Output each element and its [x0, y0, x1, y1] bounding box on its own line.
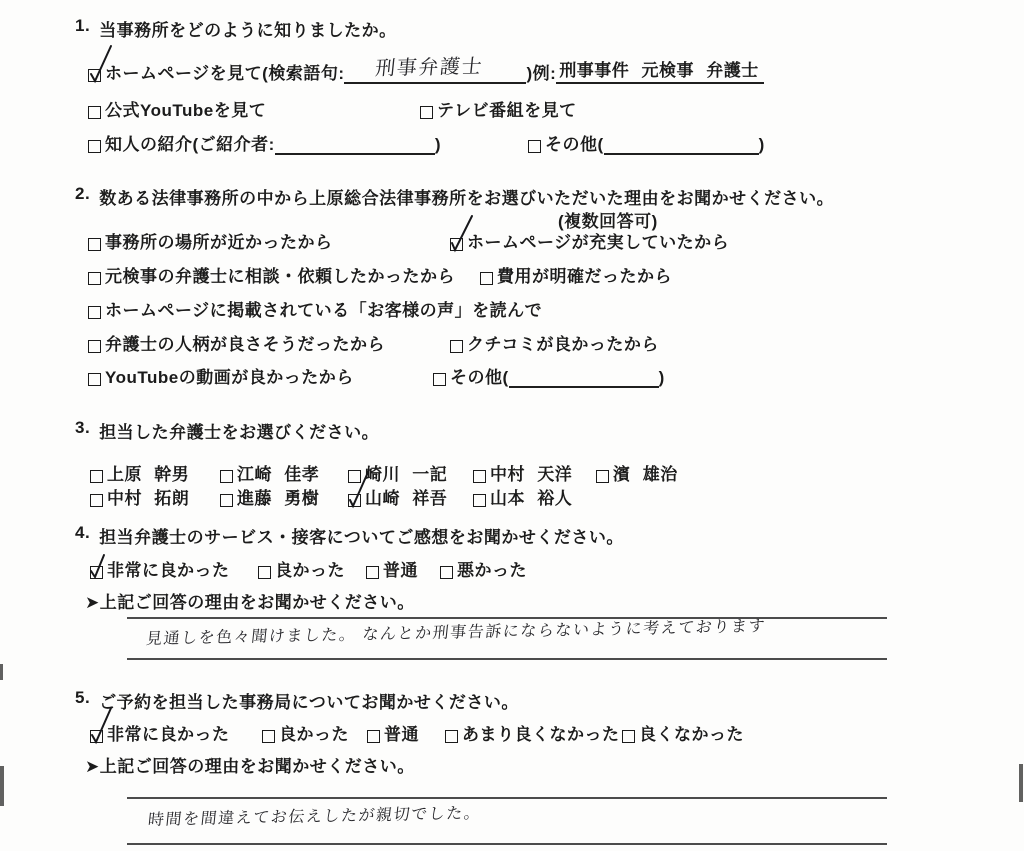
lawyer-uehara-mikio: 上原 幹男 [90, 460, 189, 485]
rating-q4-good: 良かった [258, 556, 345, 581]
checkbox-homepage[interactable] [88, 69, 101, 82]
scan-artifact [0, 664, 3, 680]
checkbox-q4-bad[interactable] [440, 566, 453, 579]
option-label: その他( [450, 363, 509, 388]
option-homepage: ホームページを見て(検索語句: 刑事弁護士 )例: 刑事事件 元検事 弁護士 [88, 56, 764, 84]
rating-q5-good: 良かった [262, 720, 349, 745]
rating-label: 普通 [383, 556, 418, 581]
option-label: ホームページを見て(検索語句: [105, 59, 344, 84]
rating-q4-very-good: 非常に良かった [90, 556, 230, 581]
checkbox-lawyer-shindo-yuki[interactable] [220, 494, 233, 507]
option-label: その他( [545, 130, 604, 155]
checkbox-q2-other[interactable] [433, 373, 446, 386]
option-label: テレビ番組を見て [437, 96, 577, 121]
option-q2-other: その他( ) [433, 363, 665, 388]
option-clear-fees: 費用が明確だったから [480, 262, 672, 287]
search-term-blank[interactable]: 刑事弁護士 [344, 66, 526, 84]
handwritten-check-icon [445, 212, 479, 254]
rating-label: 非常に良かった [107, 556, 230, 581]
handwritten-check-icon [83, 43, 117, 85]
rating-label: 普通 [384, 720, 419, 745]
question-text: 数ある法律事務所の中から上原総合法律事務所をお選びいただいた理由をお聞かせくださ… [99, 184, 834, 209]
handwritten-q5-answer: 時間を間違えてお伝えしたが親切でした。 [147, 800, 483, 830]
checkbox-lawyer-uehara-mikio[interactable] [90, 470, 103, 483]
question-3-title: 3. 担当した弁護士をお選びください。 [75, 418, 379, 443]
question-number: 1. [75, 16, 90, 41]
question-2-title: 2. 数ある法律事務所の中から上原総合法律事務所をお選びいただいた理由をお聞かせ… [75, 184, 834, 209]
rating-label: 悪かった [457, 556, 527, 581]
example-keywords: 刑事事件 元検事 弁護士 [556, 56, 763, 84]
checkbox-q5-good[interactable] [262, 730, 275, 743]
question-text: 担当した弁護士をお選びください。 [99, 418, 379, 443]
checkbox-q4-good[interactable] [258, 566, 271, 579]
lawyer-ezaki-yoshitaka: 江崎 佳孝 [220, 460, 319, 485]
lawyer-name: 山本 裕人 [490, 484, 572, 509]
checkbox-lawyer-nakamura-takuro[interactable] [90, 494, 103, 507]
checkbox-q1-other[interactable] [528, 140, 541, 153]
question-text: ご予約を担当した事務局についてお聞かせください。 [99, 688, 519, 713]
checkbox-q5-normal[interactable] [367, 730, 380, 743]
lawyer-name: 中村 拓朗 [107, 484, 189, 509]
checkbox-clear-fees[interactable] [480, 272, 493, 285]
lawyer-hama-yuji: 濱 雄治 [596, 460, 678, 485]
option-word-of-mouth: クチコミが良かったから [450, 330, 659, 355]
checkbox-q5-not-so-good[interactable] [445, 730, 458, 743]
rating-q4-bad: 悪かった [440, 556, 527, 581]
q4-reason-prompt: ➤上記ご回答の理由をお聞かせください。 [85, 588, 415, 613]
lawyer-name: 濱 雄治 [613, 460, 678, 485]
rating-q4-normal: 普通 [366, 556, 418, 581]
answer-area-bottom-line [127, 843, 887, 845]
handwritten-search-term: 刑事弁護士 [374, 50, 485, 81]
checkbox-lawyer-yamazaki-shogo[interactable] [348, 494, 361, 507]
question-text: 当事務所をどのように知りましたか。 [99, 16, 397, 41]
option-label: 知人の紹介(ご紹介者: [105, 130, 275, 155]
q5-answer-area[interactable]: 時間を間違えてお伝えしたが親切でした。 [127, 801, 887, 839]
question-number: 2. [75, 184, 90, 209]
handwritten-check-icon [85, 704, 119, 746]
option-lawyer-character: 弁護士の人柄が良さそうだったから [88, 330, 385, 355]
question-number: 3. [75, 418, 90, 443]
rating-q5-very-good: 非常に良かった [90, 720, 230, 745]
option-customer-voices: ホームページに掲載されている「お客様の声」を読んで [88, 296, 542, 321]
option-label: クチコミが良かったから [467, 330, 659, 355]
rating-q5-not-good: 良くなかった [622, 720, 744, 745]
question-4-title: 4. 担当弁護士のサービス・接客についてご感想をお聞かせください。 [75, 523, 624, 548]
checkbox-referral[interactable] [88, 140, 101, 153]
scan-artifact [1019, 764, 1023, 802]
other-text-blank[interactable] [509, 370, 659, 388]
other-text-blank[interactable] [604, 137, 759, 155]
question-1-title: 1. 当事務所をどのように知りましたか。 [75, 16, 397, 41]
checkbox-office-location[interactable] [88, 238, 101, 251]
paren-close: ) [659, 368, 665, 388]
lawyer-name: 進藤 勇樹 [237, 484, 319, 509]
lawyer-nakamura-takuro: 中村 拓朗 [90, 484, 189, 509]
option-homepage-substantial: ホームページが充実していたから [450, 228, 729, 253]
scan-artifact [0, 766, 4, 806]
checkbox-former-prosecutor[interactable] [88, 272, 101, 285]
option-official-youtube: 公式YouTubeを見て [88, 96, 266, 121]
lawyer-name: 中村 天洋 [490, 460, 572, 485]
checkbox-q4-very-good[interactable] [90, 566, 103, 579]
rating-label: 良かった [275, 556, 345, 581]
referrer-name-blank[interactable] [275, 137, 435, 155]
question-text: 担当弁護士のサービス・接客についてご感想をお聞かせください。 [99, 523, 624, 548]
lawyer-name: 江崎 佳孝 [237, 460, 319, 485]
option-label: ホームページに掲載されている「お客様の声」を読んで [105, 296, 542, 321]
lawyer-nakamura-tenyo: 中村 天洋 [473, 460, 572, 485]
checkbox-word-of-mouth[interactable] [450, 340, 463, 353]
lawyer-name: 山崎 祥吾 [365, 484, 447, 509]
checkbox-lawyer-hama-yuji[interactable] [596, 470, 609, 483]
checkbox-lawyer-nakamura-tenyo[interactable] [473, 470, 486, 483]
paren-close: ) [435, 135, 441, 155]
q4-answer-area[interactable]: 見通しを色々聞けました。 なんとか刑事告訴にならないように考えております [127, 622, 887, 656]
handwritten-check-icon [85, 540, 119, 582]
checkbox-customer-voices[interactable] [88, 306, 101, 319]
option-label: 費用が明確だったから [497, 262, 672, 287]
answer-area-bottom-line [127, 658, 887, 660]
option-label: ホームページが充実していたから [467, 228, 729, 253]
lawyer-yamamoto-hiroto: 山本 裕人 [473, 484, 572, 509]
lawyer-name: 崎川 一記 [365, 460, 447, 485]
rating-label: 良くなかった [639, 720, 744, 745]
lawyer-name: 上原 幹男 [107, 460, 189, 485]
checkbox-homepage-substantial[interactable] [450, 238, 463, 251]
option-q1-other: その他( ) [528, 130, 765, 155]
lawyer-yamazaki-shogo: 山崎 祥吾 [348, 484, 447, 509]
checkbox-official-youtube[interactable] [88, 106, 101, 119]
checkbox-lawyer-yamamoto-hiroto[interactable] [473, 494, 486, 507]
paren-close: ) [759, 135, 765, 155]
option-office-location: 事務所の場所が近かったから [88, 228, 333, 253]
handwritten-check-icon [343, 468, 377, 510]
example-prefix: )例: [526, 59, 556, 84]
lawyer-shindo-yuki: 進藤 勇樹 [220, 484, 319, 509]
rating-label: 非常に良かった [107, 720, 230, 745]
question-5-title: 5. ご予約を担当した事務局についてお聞かせください。 [75, 688, 519, 713]
option-label: 事務所の場所が近かったから [105, 228, 333, 253]
option-tv-program: テレビ番組を見て [420, 96, 577, 121]
option-label: YouTubeの動画が良かったから [105, 363, 354, 388]
rating-q5-not-so-good: あまり良くなかった [445, 720, 620, 745]
option-label: 元検事の弁護士に相談・依頼したかったから [105, 262, 455, 287]
checkbox-youtube-videos[interactable] [88, 373, 101, 386]
q5-reason-prompt: ➤上記ご回答の理由をお聞かせください。 [85, 752, 415, 777]
rating-label: 良かった [279, 720, 349, 745]
rating-label: あまり良くなかった [462, 720, 620, 745]
option-label: 弁護士の人柄が良さそうだったから [105, 330, 385, 355]
checkbox-lawyer-ezaki-yoshitaka[interactable] [220, 470, 233, 483]
option-youtube-videos: YouTubeの動画が良かったから [88, 363, 354, 388]
checkbox-lawyer-character[interactable] [88, 340, 101, 353]
scanned-survey-form: 1. 当事務所をどのように知りましたか。 ホームページを見て(検索語句: 刑事弁… [0, 0, 1024, 851]
option-former-prosecutor: 元検事の弁護士に相談・依頼したかったから [88, 262, 455, 287]
option-label: 公式YouTubeを見て [105, 96, 266, 121]
checkbox-q5-not-good[interactable] [622, 730, 635, 743]
checkbox-q5-very-good[interactable] [90, 730, 103, 743]
option-referral: 知人の紹介(ご紹介者: ) [88, 130, 441, 155]
rating-q5-normal: 普通 [367, 720, 419, 745]
checkbox-q4-normal[interactable] [366, 566, 379, 579]
answer-area-top-line [127, 797, 887, 799]
checkbox-tv-program[interactable] [420, 106, 433, 119]
